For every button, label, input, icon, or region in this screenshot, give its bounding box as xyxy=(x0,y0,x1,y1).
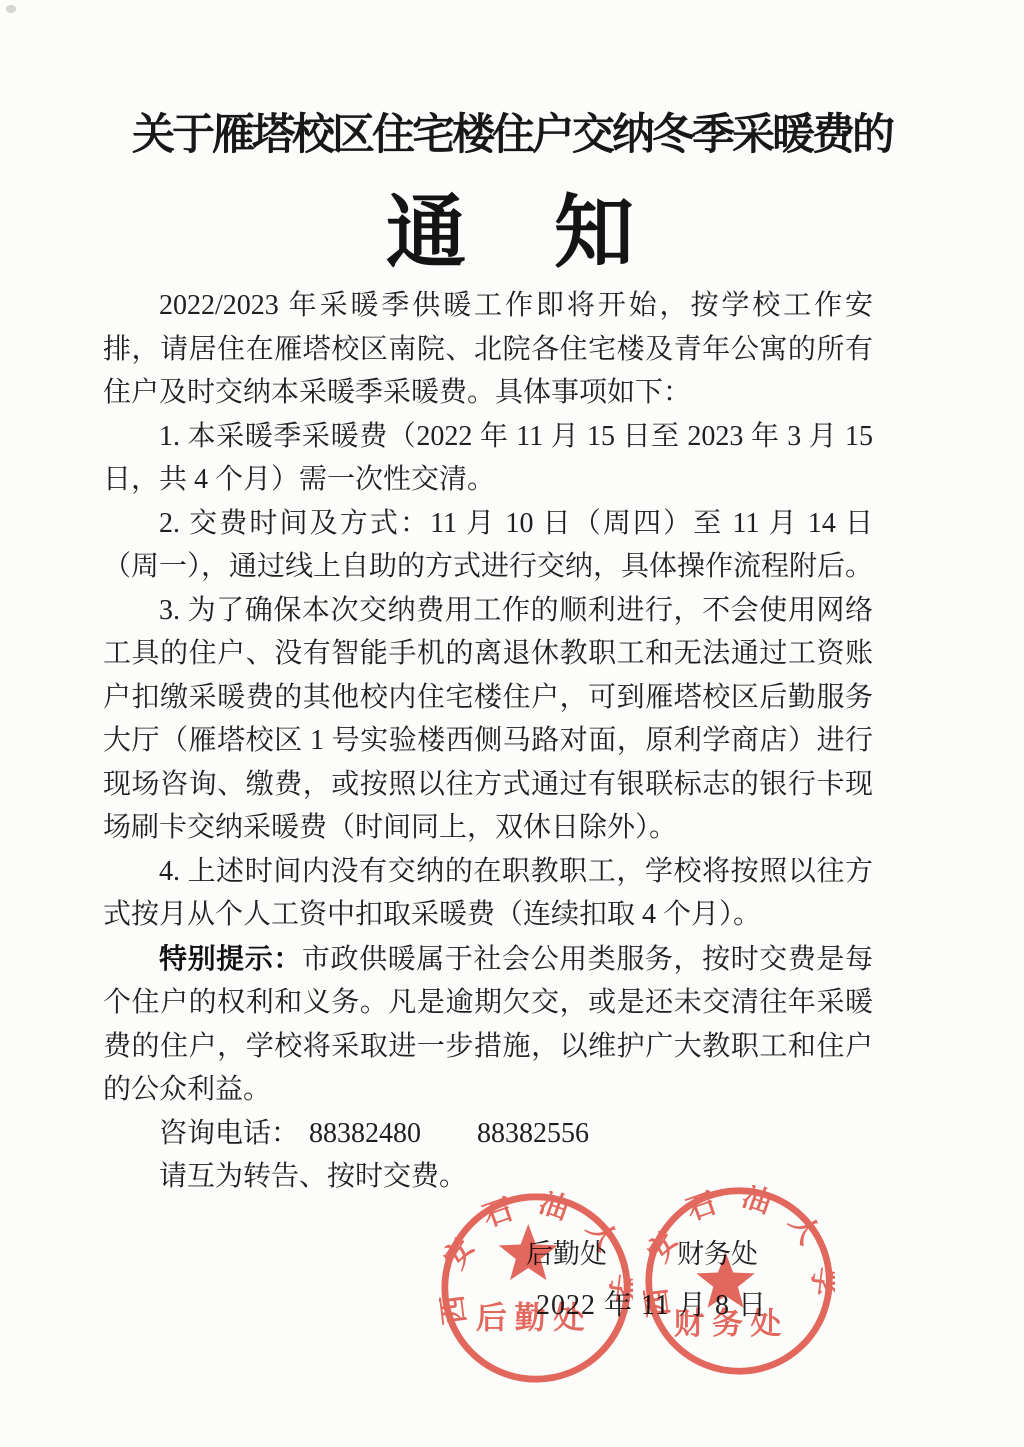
scan-artifact xyxy=(6,5,16,13)
official-seal-logistics: 西安石油大学 后勤处 xyxy=(439,1191,633,1385)
paragraph-intro: 2022/2023 年采暖季供暖工作即将开始，按学校工作安排，请居住在雁塔校区南… xyxy=(103,284,873,415)
paragraph-item-2: 2. 交费时间及方式：11 月 10 日（周四）至 11 月 14 日（周一），… xyxy=(103,502,873,589)
paragraph-item-3: 3. 为了确保本次交纳费用工作的顺利进行，不会使用网络工具的住户、没有智能手机的… xyxy=(103,589,873,850)
phone-label: 咨询电话： xyxy=(159,1118,299,1149)
phone-line: 咨询电话：8838248088382556 xyxy=(103,1112,873,1156)
phone-number-2: 88382556 xyxy=(477,1118,589,1149)
paragraph-special-note: 特别提示：市政供暖属于社会公用类服务，按时交费是每个住户的权利和义务。凡是逾期欠… xyxy=(103,937,873,1112)
phone-number-1: 88382480 xyxy=(309,1118,421,1149)
paragraph-item-4: 4. 上述时间内没有交纳的在职教职工，学校将按照以往方式按月从个人工资中扣取采暖… xyxy=(103,850,873,937)
document-title: 关于雁塔校区住宅楼住户交纳冬季采暖费的 xyxy=(0,101,1024,162)
official-seal-finance: 西安石油大学 财务处 xyxy=(643,1185,835,1377)
star-icon xyxy=(499,1224,558,1280)
notice-heading: 通 知 xyxy=(0,168,1024,283)
seal-department-text: 财务处 xyxy=(674,1307,789,1341)
notice-body: 2022/2023 年采暖季供暖工作即将开始，按学校工作安排，请居住在雁塔校区南… xyxy=(103,284,873,1199)
special-note-lead: 特别提示： xyxy=(159,943,302,974)
seal-department-text: 后勤处 xyxy=(476,1301,592,1336)
paragraph-item-1: 1. 本采暖季采暖费（2022 年 11 月 15 日至 2023 年 3 月 … xyxy=(103,415,873,502)
star-icon xyxy=(696,1252,754,1308)
notice-document: 关于雁塔校区住宅楼住户交纳冬季采暖费的 通 知 2022/2023 年采暖季供暖… xyxy=(0,0,1024,1447)
